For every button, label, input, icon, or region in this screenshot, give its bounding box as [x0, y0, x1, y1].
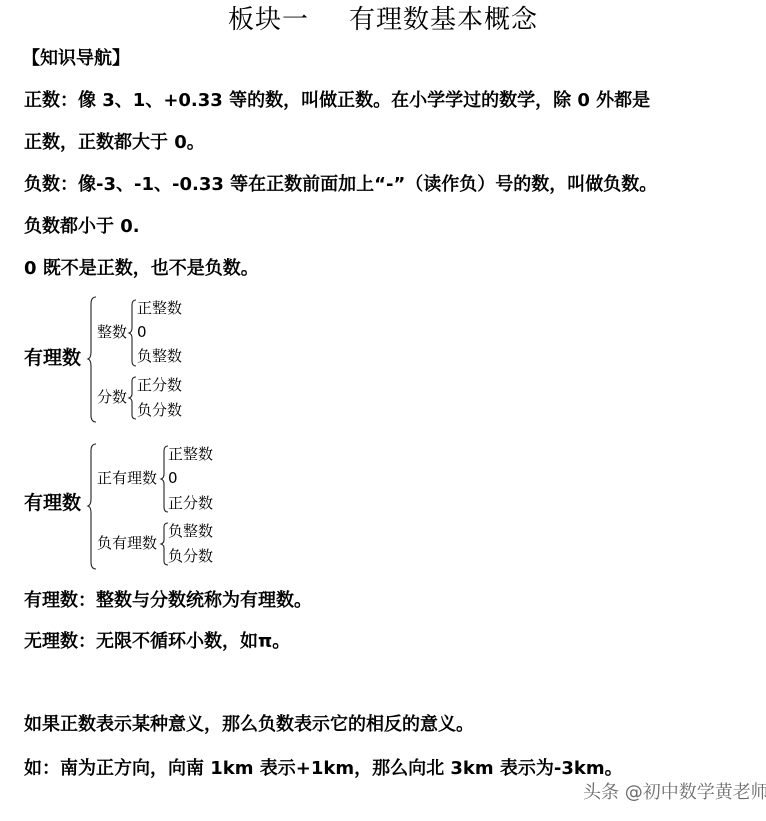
direction-example: 如：南为正方向，向南 1km 表示+1km，那么向北 3km 表示为-3km。: [24, 755, 623, 783]
title-section: 板块一: [228, 5, 309, 35]
negative-number-definition-line-1: 负数：像-3、-1、-0.33 等在正数前面加上“-”（读作负）号的数，叫做负数…: [24, 171, 657, 199]
positive-number-definition-line-2: 正数，正数都大于 0。: [24, 129, 205, 157]
rational-number-definition: 有理数：整数与分数统称为有理数。: [24, 587, 312, 615]
leaf-negative-fraction: 负分数: [168, 545, 213, 567]
leaf-negative-fraction: 负分数: [137, 399, 182, 421]
leaf-zero: 0: [137, 321, 147, 343]
tree-node-negative-rational: 负有理数: [97, 532, 157, 554]
negative-number-definition-line-2: 负数都小于 0.: [24, 213, 140, 241]
section-label-knowledge-navigation: 【知识导航】: [22, 45, 130, 73]
title-topic: 有理数基本概念: [349, 5, 538, 35]
brace-icon: [129, 299, 137, 367]
leaf-positive-integer: 正整数: [168, 443, 213, 465]
leaf-negative-integer: 负整数: [168, 520, 213, 542]
tree-root-rational: 有理数: [24, 489, 81, 517]
tree-node-positive-rational: 正有理数: [97, 467, 157, 489]
leaf-positive-integer: 正整数: [137, 297, 182, 319]
tree-node-integer: 整数: [97, 321, 127, 343]
leaf-zero: 0: [168, 467, 178, 489]
tree-node-fraction: 分数: [97, 386, 127, 408]
opposite-meaning-statement: 如果正数表示某种意义，那么负数表示它的相反的意义。: [24, 711, 474, 739]
brace-icon: [129, 376, 137, 420]
positive-number-definition-line-1: 正数：像 3、1、+0.33 等的数，叫做正数。在小学学过的数学，除 0 外都是: [24, 87, 650, 115]
page-title: 板块一有理数基本概念: [0, 2, 766, 38]
zero-definition: 0 既不是正数，也不是负数。: [24, 255, 259, 283]
tree-root-rational: 有理数: [24, 344, 81, 372]
irrational-number-definition: 无理数：无限不循环小数，如π。: [24, 628, 290, 656]
leaf-negative-integer: 负整数: [137, 345, 182, 367]
leaf-positive-fraction: 正分数: [168, 492, 213, 514]
watermark: 头条 @初中数学黄老师: [583, 780, 766, 806]
leaf-positive-fraction: 正分数: [137, 374, 182, 396]
